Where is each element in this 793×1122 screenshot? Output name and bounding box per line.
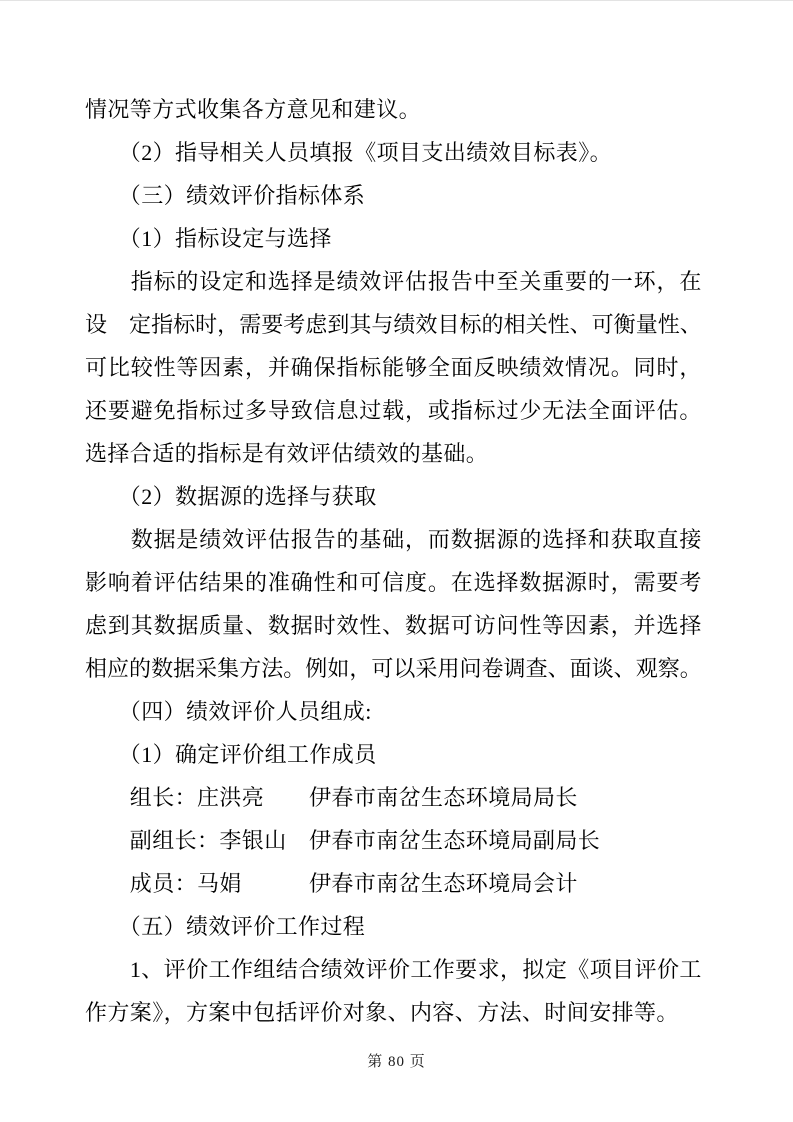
text-line: 副组长：李银山 伊春市南岔生态环境局副局长 (85, 819, 713, 862)
text-line: （1）确定评价组工作成员 (85, 733, 713, 776)
text-line: 组长：庄洪亮 伊春市南岔生态环境局局长 (85, 776, 713, 819)
text-line: 成员：马娟 伊春市南岔生态环境局会计 (85, 862, 713, 905)
text-line: 作方案》，方案中包括评价对象、内容、方法、时间安排等。 (85, 991, 713, 1034)
text-line: 指标的设定和选择是绩效评估报告中至关重要的一环，在 (85, 260, 713, 303)
document-body: 情况等方式收集各方意见和建议。 （2）指导相关人员填报《项目支出绩效目标表》。 … (85, 88, 713, 1034)
text-line: （2）指导相关人员填报《项目支出绩效目标表》。 (85, 131, 713, 174)
text-line: 虑到其数据质量、数据时效性、数据可访问性等因素，并选择 (85, 604, 713, 647)
text-line: （2）数据源的选择与获取 (85, 475, 713, 518)
text-line: 情况等方式收集各方意见和建议。 (85, 88, 713, 131)
page-number: 第 80 页 (0, 1051, 793, 1073)
text-line: 影响着评估结果的准确性和可信度。在选择数据源时，需要考 (85, 561, 713, 604)
document-page: 情况等方式收集各方意见和建议。 （2）指导相关人员填报《项目支出绩效目标表》。 … (0, 0, 793, 1122)
text-line: 相应的数据采集方法。例如，可以采用问卷调查、面谈、观察。 (85, 647, 713, 690)
text-line: （1）指标设定与选择 (85, 217, 713, 260)
text-line: （五）绩效评价工作过程 (85, 905, 713, 948)
text-line: 可比较性等因素，并确保指标能够全面反映绩效情况。同时， (85, 346, 713, 389)
text-line: 数据是绩效评估报告的基础，而数据源的选择和获取直接 (85, 518, 713, 561)
text-line: 1、评价工作组结合绩效评价工作要求，拟定《项目评价工 (85, 948, 713, 991)
text-line: （三）绩效评价指标体系 (85, 174, 713, 217)
text-line: 还要避免指标过多导致信息过载，或指标过少无法全面评估。 (85, 389, 713, 432)
text-line: （四）绩效评价人员组成: (85, 690, 713, 733)
text-line: 设 定指标时，需要考虑到其与绩效目标的相关性、可衡量性、 (85, 303, 713, 346)
text-line: 选择合适的指标是有效评估绩效的基础。 (85, 432, 713, 475)
